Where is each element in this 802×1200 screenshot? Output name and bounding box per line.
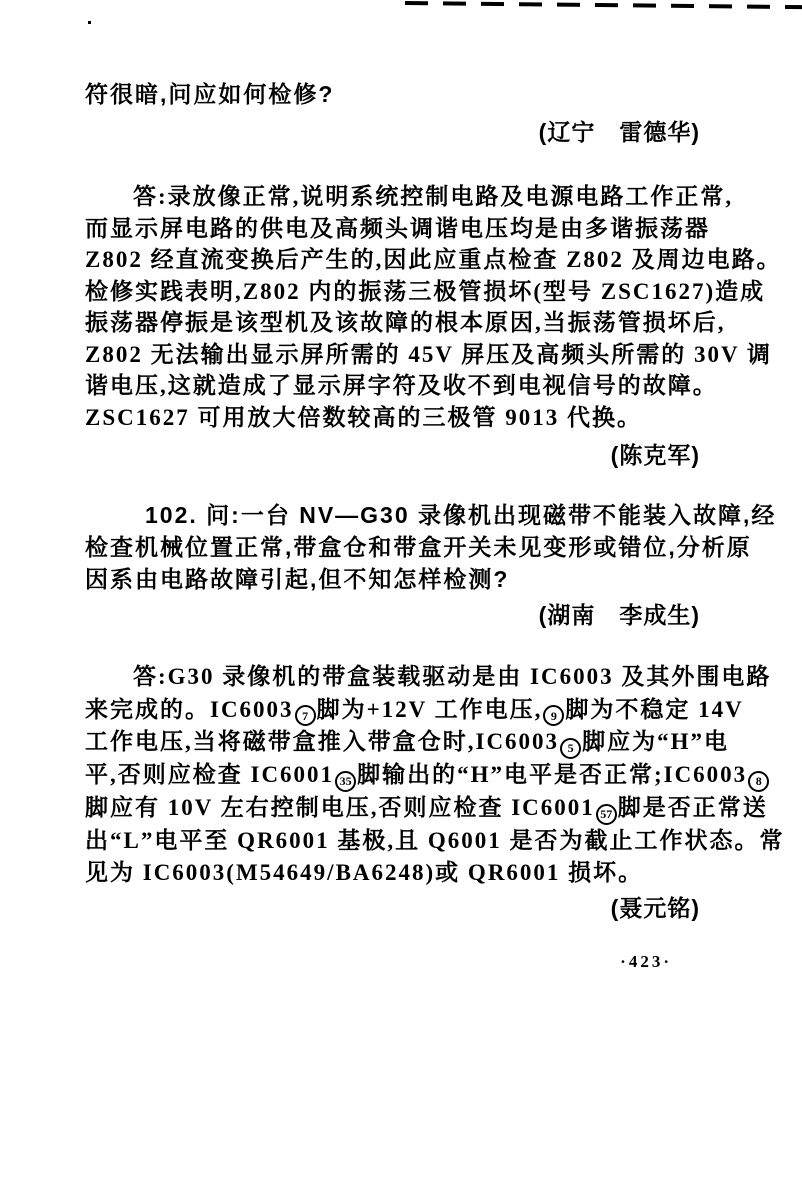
question-101-tail: 符很暗,问应如何检修? bbox=[85, 78, 730, 110]
answer-102-paragraph: 答:G30 录像机的带盒装载驱动是由 IC6003 及其外围电路 来完成的。IC… bbox=[85, 661, 730, 890]
circled-pin-number: 9 bbox=[543, 705, 564, 726]
circled-pin-number: 57 bbox=[596, 804, 617, 825]
text-line: 符很暗,问应如何检修? bbox=[85, 78, 730, 110]
text-line: 检查机械位置正常,带盒仓和带盒开关未见变形或错位,分析原 bbox=[85, 531, 730, 563]
circled-pin-number: 35 bbox=[335, 771, 356, 792]
text-line: ZSC1627 可用放大倍数较高的三极管 9013 代换。 bbox=[85, 402, 730, 434]
scan-speck bbox=[88, 21, 91, 24]
text-line: 102. 问:一台 NV—G30 录像机出现磁带不能装入故障,经 bbox=[85, 499, 730, 531]
question-102-paragraph: 102. 问:一台 NV—G30 录像机出现磁带不能装入故障,经 检查机械位置正… bbox=[85, 499, 730, 595]
circled-pin-number: 8 bbox=[748, 771, 769, 792]
circled-pin-number: 7 bbox=[295, 705, 316, 726]
page-number: ·423· bbox=[85, 952, 730, 972]
text-line: 答:录放像正常,说明系统控制电路及电源电路工作正常, bbox=[85, 181, 730, 213]
text-line: 脚应有 10V 左右控制电压,否则应检查 IC600157脚是否正常送 bbox=[85, 792, 730, 825]
answer-101-attribution: (陈克军) bbox=[85, 437, 730, 470]
text-line: 见为 IC6003(M54649/BA6248)或 QR6001 损坏。 bbox=[85, 857, 730, 890]
question-101-attribution: (辽宁 雷德华) bbox=[85, 114, 730, 147]
text-line: 而显示屏电路的供电及高频头调谐电压均是由多谐振荡器 bbox=[85, 213, 730, 245]
scanned-page: 符很暗,问应如何检修? (辽宁 雷德华) 答:录放像正常,说明系统控制电路及电源… bbox=[0, 0, 802, 1200]
text-line: 答:G30 录像机的带盒装载驱动是由 IC6003 及其外围电路 bbox=[85, 661, 730, 694]
circled-pin-number: 5 bbox=[560, 738, 581, 759]
page-top-dashed-edge bbox=[405, 1, 802, 9]
text-line: 平,否则应检查 IC600135脚输出的“H”电平是否正常;IC60038 bbox=[85, 759, 730, 792]
text-line: 出“L”电平至 QR6001 基极,且 Q6001 是否为截止工作状态。常 bbox=[85, 825, 730, 858]
text-line: 工作电压,当将磁带盒推入带盒仓时,IC60035脚应为“H”电 bbox=[85, 726, 730, 759]
question-102-attribution: (湖南 李成生) bbox=[85, 597, 730, 630]
text-line: 检修实践表明,Z802 内的振荡三极管损坏(型号 ZSC1627)造成 bbox=[85, 276, 730, 308]
text-line: 谐电压,这就造成了显示屏字符及收不到电视信号的故障。 bbox=[85, 370, 730, 402]
text-line: 因系由电路故障引起,但不知怎样检测? bbox=[85, 563, 730, 595]
answer-101-paragraph: 答:录放像正常,说明系统控制电路及电源电路工作正常, 而显示屏电路的供电及高频头… bbox=[85, 181, 730, 433]
answer-102-attribution: (聂元铭) bbox=[85, 890, 730, 923]
text-line: Z802 无法输出显示屏所需的 45V 屏压及高频头所需的 30V 调 bbox=[85, 339, 730, 371]
text-line: Z802 经直流变换后产生的,因此应重点检查 Z802 及周边电路。 bbox=[85, 244, 730, 276]
text-line: 振荡器停振是该型机及该故障的根本原因,当振荡管损坏后, bbox=[85, 307, 730, 339]
text-line: 来完成的。IC60037脚为+12V 工作电压,9脚为不稳定 14V bbox=[85, 694, 730, 727]
